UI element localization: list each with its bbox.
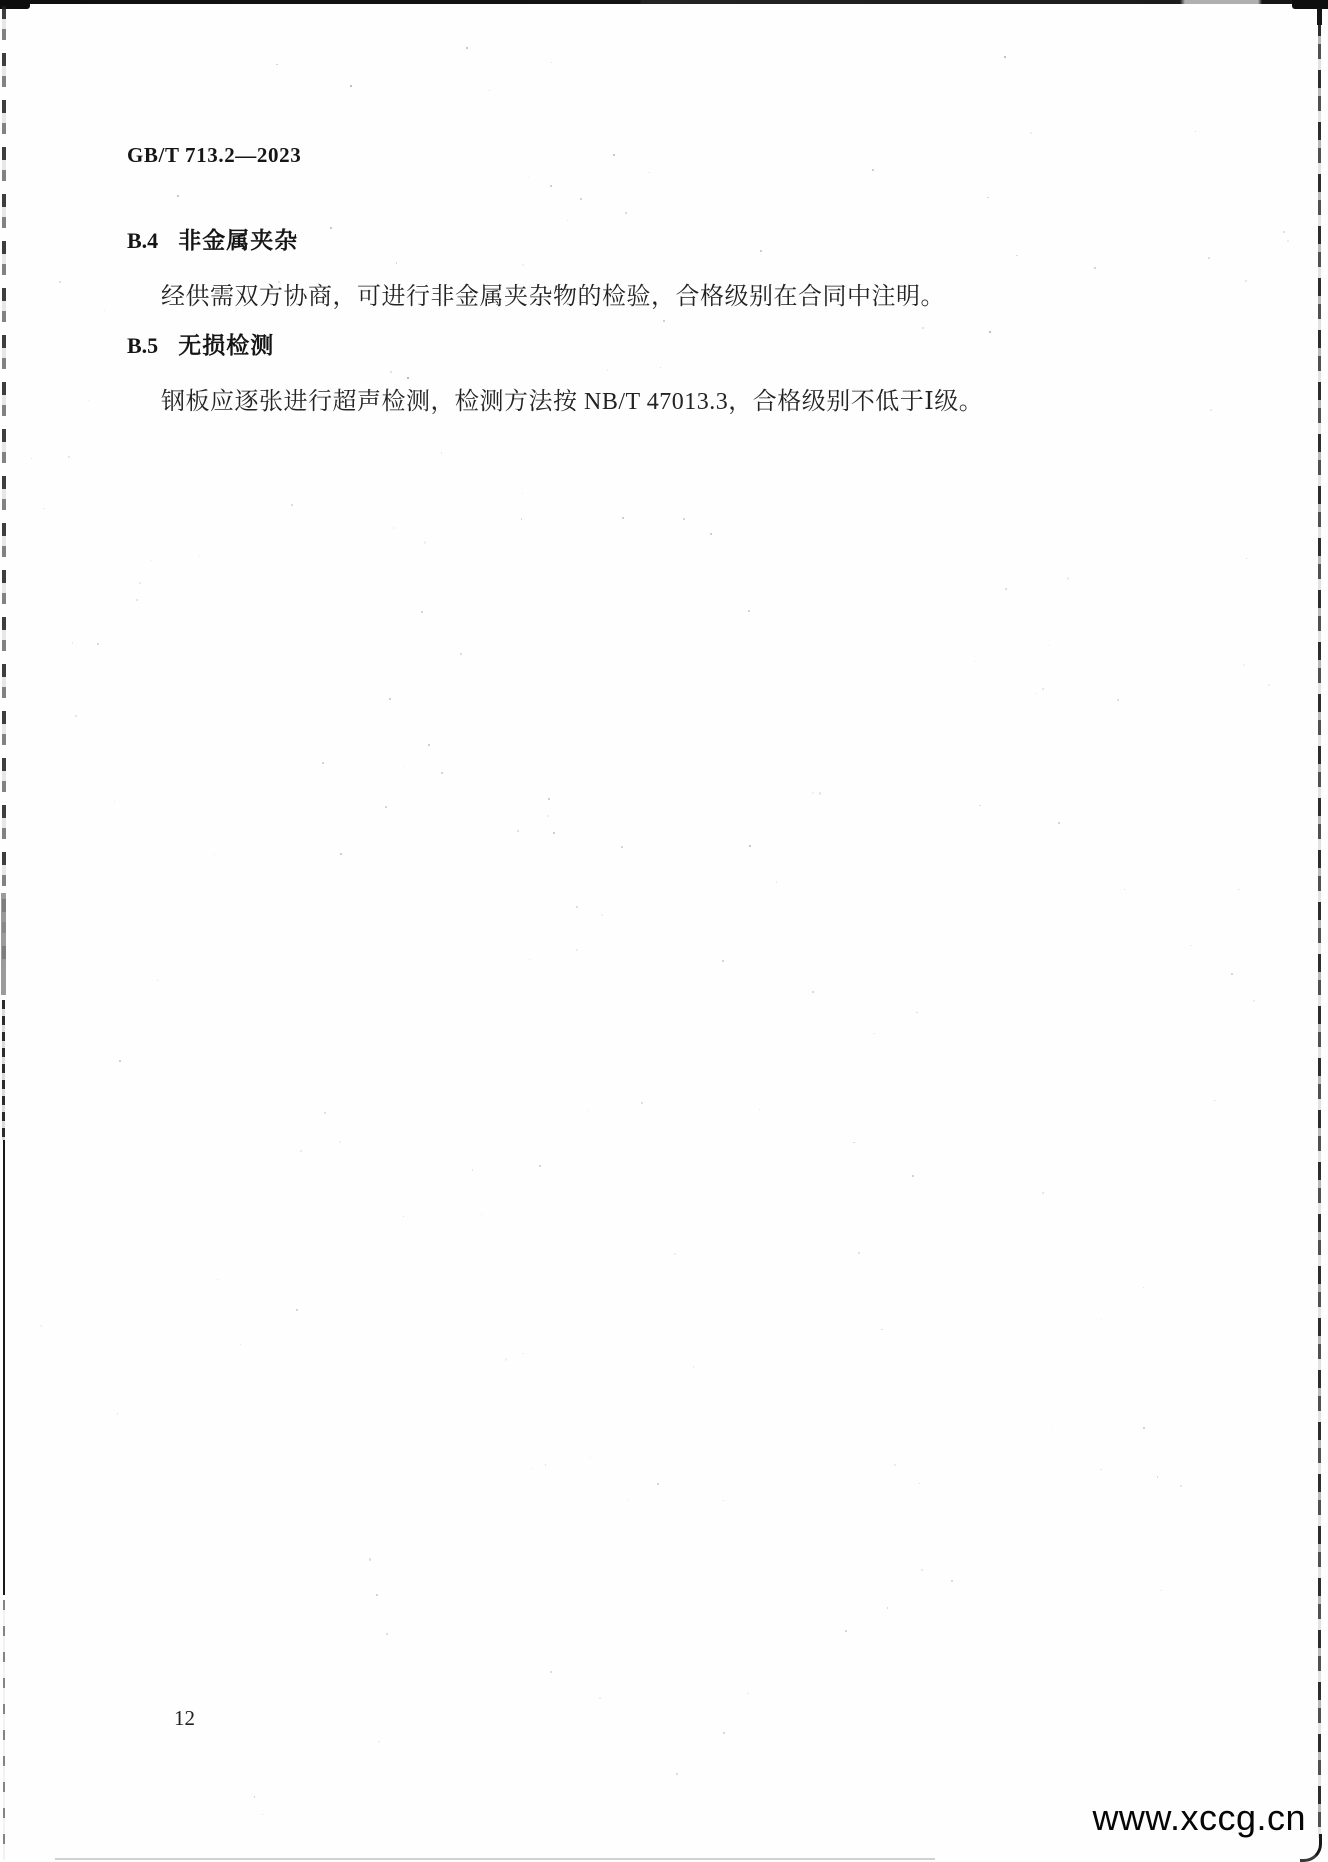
scan-corner-top-left	[0, 0, 30, 9]
scan-speck	[576, 949, 578, 951]
scan-speck	[330, 227, 332, 229]
scan-speck	[1036, 693, 1037, 694]
scan-speck	[505, 1358, 507, 1360]
scan-speck	[912, 1175, 914, 1177]
scan-speck	[136, 599, 138, 601]
scan-speck	[523, 1353, 524, 1354]
scan-speck	[812, 991, 814, 993]
scan-speck	[119, 1060, 121, 1062]
scan-speck	[396, 262, 398, 264]
scan-speck	[421, 611, 423, 613]
scan-speck	[887, 1607, 889, 1609]
scan-speck	[441, 772, 443, 774]
scan-speck	[550, 1671, 552, 1673]
scan-speck	[548, 798, 550, 800]
scan-speck	[551, 62, 552, 63]
scan-speck	[613, 154, 615, 156]
scan-speck	[389, 698, 391, 700]
scan-speck	[385, 806, 387, 808]
scan-speck	[1243, 664, 1245, 666]
scan-speck	[987, 197, 989, 199]
scan-speck	[522, 493, 523, 494]
scan-edge-left-dashes	[2, 1000, 5, 1140]
scan-speck	[1051, 1429, 1052, 1430]
scan-speck	[587, 1110, 588, 1111]
scan-speck	[441, 452, 443, 454]
scan-speck	[157, 980, 158, 981]
scan-speck	[403, 1216, 405, 1218]
scan-speck	[240, 1344, 241, 1345]
scan-speck	[1100, 1469, 1101, 1470]
scan-speck	[625, 212, 627, 214]
scan-speck	[1094, 267, 1096, 269]
scan-speck	[376, 1594, 378, 1596]
scan-speck	[386, 1633, 388, 1635]
scan-speck	[1042, 688, 1044, 690]
scan-speck	[1253, 1000, 1254, 1001]
scan-speck	[748, 610, 750, 612]
scan-speck	[550, 185, 552, 187]
scan-speck	[621, 846, 623, 848]
scan-speck	[291, 504, 293, 506]
scan-edge-bottom	[55, 1858, 935, 1860]
scan-speck	[873, 1033, 875, 1035]
scan-speck	[819, 792, 821, 794]
scan-speck	[522, 264, 524, 266]
scan-speck	[177, 195, 179, 197]
scan-speck	[117, 1413, 119, 1415]
scan-speck	[31, 458, 32, 459]
scan-speck	[641, 1102, 643, 1104]
scan-speck	[254, 1796, 256, 1798]
section-id-b5: B.5	[127, 333, 158, 358]
scan-speck	[760, 250, 762, 252]
scan-speck	[1030, 132, 1032, 134]
scan-speck	[296, 1309, 298, 1311]
scan-speck	[576, 906, 578, 908]
scan-speck	[1190, 945, 1191, 946]
scan-speck	[70, 152, 71, 153]
scan-speck	[300, 1150, 302, 1152]
scan-speck	[601, 914, 603, 916]
scan-speck	[1283, 231, 1285, 233]
scan-speck	[547, 815, 549, 817]
scan-speck	[1287, 240, 1289, 242]
scan-speck	[693, 1366, 694, 1367]
scan-speck	[1016, 255, 1018, 257]
scan-speck	[489, 90, 490, 91]
scan-speck	[916, 1012, 917, 1013]
scan-speck	[723, 1500, 724, 1501]
scan-speck	[812, 792, 814, 794]
scan-speck	[590, 1457, 591, 1458]
scan-speck	[881, 1329, 883, 1331]
scan-speck	[59, 281, 61, 283]
scan-speck	[759, 1109, 760, 1110]
scan-speck	[1005, 588, 1007, 590]
scan-speck	[428, 744, 430, 746]
scan-speck	[663, 320, 665, 322]
scan-speck	[979, 805, 981, 807]
scan-speck	[378, 1741, 380, 1743]
scan-speck	[1208, 257, 1210, 259]
scan-speck	[872, 169, 874, 171]
scan-edge-left-lower	[3, 1600, 5, 1860]
scan-speck	[1214, 1100, 1215, 1101]
scan-speck	[539, 1165, 541, 1167]
scan-speck	[1246, 558, 1247, 559]
scan-speck	[369, 1558, 371, 1560]
scan-speck	[529, 959, 530, 960]
scan-speck	[199, 556, 200, 557]
scan-speck	[1157, 1476, 1159, 1478]
scan-speck	[545, 1464, 547, 1466]
section-body-b5: 钢板应逐张进行超声检测，检测方法按 NB/T 47013.3，合格级别不低于Ⅰ级…	[161, 381, 983, 416]
scan-speck	[989, 331, 991, 333]
section-body-b4: 经供需双方协商，可进行非金属夹杂物的检验，合格级别在合同中注明。	[161, 276, 945, 311]
scan-speck	[921, 1569, 923, 1571]
scan-speck	[553, 832, 555, 834]
scan-speck	[845, 1630, 847, 1632]
scan-speck	[340, 853, 342, 855]
scan-speck	[424, 541, 426, 543]
scan-speck	[481, 1214, 482, 1215]
scan-edge-right	[1318, 18, 1321, 1838]
scan-speck	[1101, 1319, 1102, 1320]
section-title-b5: 无损检测	[178, 332, 274, 358]
scan-speck	[1042, 1192, 1044, 1194]
scan-speck	[521, 518, 523, 520]
page-number: 12	[174, 1706, 195, 1731]
scan-speck	[472, 1169, 474, 1171]
scan-speck	[214, 854, 216, 856]
standard-number: GB/T 713.2—2023	[127, 143, 301, 168]
scan-speck	[43, 508, 44, 509]
scan-speck	[858, 1252, 860, 1254]
scan-speck	[710, 533, 712, 535]
scan-speck	[1117, 699, 1119, 701]
scan-speck	[599, 1697, 601, 1699]
scan-speck	[217, 1279, 218, 1280]
scan-speck	[1245, 280, 1247, 282]
section-id-b4: B.4	[127, 228, 158, 253]
scan-speck	[853, 1142, 854, 1143]
scan-speck	[567, 220, 568, 221]
scan-speck	[529, 1151, 530, 1152]
scan-speck	[674, 1253, 675, 1254]
scan-speck	[276, 64, 278, 66]
scan-edge-left-gray-band	[1, 893, 6, 995]
scan-speck	[922, 327, 924, 329]
scan-speck	[114, 801, 115, 802]
scan-speck	[919, 1483, 920, 1484]
scan-speck	[466, 47, 468, 49]
scan-speck	[532, 1468, 533, 1469]
scan-speck	[580, 198, 582, 200]
scan-speck	[660, 367, 661, 368]
scan-speck	[1238, 889, 1240, 891]
scan-speck	[683, 518, 685, 520]
scan-speck	[1124, 889, 1125, 890]
scan-speck	[951, 1580, 953, 1582]
scan-speck	[350, 85, 352, 87]
scan-speck	[53, 1213, 54, 1214]
section-heading-b5: B.5无损检测	[127, 327, 274, 360]
scan-speck	[1143, 1427, 1145, 1429]
scan-corner-top-right	[1292, 0, 1328, 9]
scan-speck	[393, 527, 395, 529]
scan-speck	[1210, 409, 1211, 410]
scan-speck	[1058, 822, 1060, 824]
scan-speck	[262, 1814, 264, 1816]
scan-speck	[1195, 131, 1196, 132]
scan-speck	[1268, 684, 1270, 686]
scan-speck	[390, 371, 392, 373]
scan-speck	[68, 456, 70, 458]
scan-speck	[1067, 577, 1069, 579]
section-title-b4: 非金属夹杂	[178, 227, 298, 253]
scan-speck	[1143, 1287, 1144, 1288]
scan-speck	[1048, 645, 1049, 646]
scan-speck	[509, 971, 510, 972]
watermark-text: www.xccg.cn	[1092, 1797, 1306, 1839]
scan-speck	[324, 1112, 326, 1114]
scan-speck	[139, 582, 141, 584]
scan-speck	[894, 1464, 896, 1466]
scan-speck	[97, 643, 99, 645]
scan-speck	[460, 653, 462, 655]
scan-speck	[1160, 1590, 1161, 1591]
scan-speck	[975, 661, 976, 662]
scan-speck	[528, 176, 530, 178]
scan-edge-left-upper	[2, 6, 6, 961]
scan-speck	[648, 172, 649, 173]
section-heading-b4: B.4非金属夹杂	[127, 222, 298, 255]
scan-speck	[407, 377, 409, 379]
scan-speck	[747, 1693, 748, 1694]
scan-speck	[657, 1483, 659, 1485]
scan-speck	[72, 642, 74, 644]
scan-speck	[1004, 56, 1006, 58]
scan-speck	[88, 400, 89, 401]
scan-speck	[749, 845, 751, 847]
scan-speck	[776, 881, 778, 883]
scan-speck	[339, 1141, 341, 1143]
scan-speck	[1180, 1485, 1182, 1487]
scan-speck	[40, 1325, 42, 1327]
scan-edge-top	[0, 0, 1298, 4]
scan-speck	[517, 830, 519, 832]
scan-speck	[1231, 973, 1233, 975]
scan-speck	[722, 960, 724, 962]
scan-speck	[151, 560, 152, 561]
scan-edge-left-solid	[3, 1140, 5, 1595]
scan-speck	[104, 310, 105, 311]
scan-corner-top-right-stem	[1317, 8, 1322, 25]
scan-speck	[322, 762, 324, 764]
scan-speck	[723, 1732, 725, 1734]
scan-speck	[404, 766, 405, 767]
scan-speck	[75, 715, 77, 717]
scan-speck	[627, 1500, 628, 1501]
scan-speck	[622, 517, 624, 519]
scan-speck	[607, 369, 609, 371]
scan-speck	[676, 1773, 677, 1774]
scanned-document-page: GB/T 713.2—2023 B.4非金属夹杂 经供需双方协商，可进行非金属夹…	[0, 0, 1328, 1862]
